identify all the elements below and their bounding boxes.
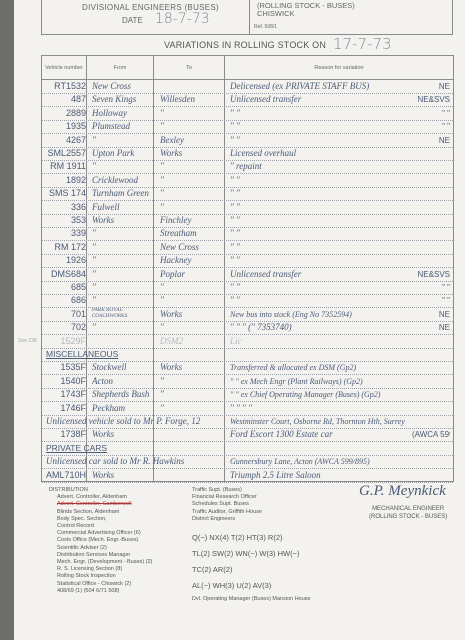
to-location: " [160,294,230,307]
table-row: SML2557Upton ParkWorksLicensed overhaul [42,147,453,161]
reason-for-variation: " " [230,214,410,227]
table-row: 686""" "" " [42,294,453,308]
from-location: PARK ROYAL COACHWORKS [92,308,152,321]
reason-for-variation: " " [230,227,410,240]
table-row: MISCELLANEOUS [42,348,453,362]
distribution-footer: Dvl. Operating Manager (Buses) Mansion H… [192,594,311,604]
region-code [412,254,450,267]
distribution-item: Mech. Engr. (Development - Buses) (2) [49,559,152,566]
distribution-item: Financial Research Officer [192,494,262,501]
to-location: " [160,375,230,388]
to-location: New Cross [160,241,230,254]
vehicle-number: 4267 [44,134,86,147]
table-row: 1529FDSM2LicSee 239 [42,335,453,349]
vehicle-number: 1738F [44,428,86,441]
region-code [412,241,450,254]
garage-code-line: Q(−) NX(4) T(2) HT(3) R(2) [192,530,311,546]
to-location: " [160,201,230,214]
vehicle-number: 353 [44,214,86,227]
vehicle-number: SMS 174 [44,187,86,200]
region-code [412,214,450,227]
region-code: " " [412,120,450,133]
vehicle-number: RM 1911 [44,160,86,173]
table-row: PRIVATE CARS [42,442,453,456]
region-code [412,335,450,348]
reason-for-variation: " " [230,201,410,214]
header-left: DIVISIONAL ENGINEERS (BUSES) DATE 18-7-7… [42,0,250,34]
reason-for-variation: " " [230,254,410,267]
region-code: NE [412,308,450,321]
to-location: " [160,321,230,334]
region-code: " " [412,281,450,294]
to-location: DSM2 [160,335,230,348]
header-right-line2: CHISWICK [257,10,355,18]
region-code [412,415,450,428]
to-location: " [160,160,230,173]
vehicle-number: 1743F [44,388,86,401]
table-row: RT1532New CrossDelicensed (ex PRIVATE ST… [42,80,453,94]
to-location: " [160,388,230,401]
region-code [412,388,450,401]
region-code [412,174,450,187]
region-code: " " [412,294,450,307]
region-code: (AWCA 599/888) [412,428,450,441]
reason-for-variation: " repaint [230,160,410,173]
reference-number: Ref. 508/1 [254,24,277,30]
date-label: DATE [122,16,143,25]
reason-for-variation: Delicensed (ex PRIVATE STAFF BUS) [230,80,410,93]
reason-for-variation: Ford Escort 1300 Estate car [230,428,410,441]
reason-for-variation: Unlicensed transfer [230,93,410,106]
distribution-item: Blinds Section, Aldenham [49,509,152,516]
distribution-item: Distribution Services Manager [49,552,152,559]
col-header-vehicle: Vehicle number [42,56,86,80]
region-code [412,160,450,173]
distribution-item: Commercial Advertising Officer (6) [49,530,152,537]
vehicle-number: 1529F [44,335,86,348]
vehicle-number: 1540F [44,375,86,388]
table-row: 1926"Hackney" " [42,254,453,268]
signature: G.P. Meynkick [359,483,446,500]
reason-for-variation: " " [230,120,410,133]
vehicle-number: 339 [44,227,86,240]
region-code: NE [412,134,450,147]
distribution-item: Advert. Controller, Aldenham [49,494,152,501]
table-row: 701PARK ROYAL COACHWORKSWorksNew bus int… [42,308,453,322]
vehicle-number: AML710H [44,469,86,482]
to-location [160,442,230,455]
reason-for-variation: " " [230,107,410,120]
region-code: NE [412,80,450,93]
table-row: 1892Cricklewood"" " [42,174,453,188]
vehicle-number: 336 [44,201,86,214]
region-code [412,187,450,200]
region-code [412,348,450,361]
variations-table: Vehicle number From To Reason for variat… [41,55,454,482]
reason-for-variation: " " [230,294,410,307]
region-code [412,201,450,214]
to-location: Works [160,308,230,321]
table-row: 702""" " " (" 7353740)NE [42,321,453,335]
table-row: RM 1911""" repaint [42,160,453,174]
to-location [160,455,230,468]
region-code: NE [412,321,450,334]
reason-for-variation: " " [230,134,410,147]
signatory-title-line2: (ROLLING STOCK - BUSES) [369,513,447,521]
vehicle-number: 2889 [44,107,86,120]
table-row: 487Seven KingsWillesdenUnlicensed transf… [42,93,453,107]
region-code [412,375,450,388]
region-code [412,442,450,455]
margin-note: See 239 [18,338,37,344]
table-row: 685""" "" " [42,281,453,295]
to-location: Works [160,361,230,374]
to-location: Willesden [160,93,230,106]
vehicle-number: 1935 [44,120,86,133]
table-row: 1746FPeckham"" " " " [42,402,453,416]
table-row: 353WorksFinchley" " [42,214,453,228]
vehicle-number: 686 [44,294,86,307]
to-location: " [160,281,230,294]
reason-for-variation: Licensed overhaul [230,147,410,160]
garage-codes: Q(−) NX(4) T(2) HT(3) R(2) TL(2) SW(2) W… [192,530,311,604]
reason-for-variation [230,348,410,361]
reason-for-variation: " " " (" 7353740) [230,321,410,334]
vehicle-number: 1926 [44,254,86,267]
to-location [160,80,230,93]
table-row: AML710HWorksTriumph 2.5 Litre Saloon [42,469,453,483]
garage-code-line: AL(−) WH(3) U(2) AV(3) [192,578,311,594]
distribution-item: Costs Office (Mech. Engr.-Buses) [49,537,152,544]
distribution-item: Traffic Auditor, Griffith House [192,509,262,516]
to-location: " [160,402,230,415]
reason-for-variation [230,442,410,455]
table-row: 1935Plumstead"" "" " [42,120,453,134]
variation-date: 17-7-73 [333,35,392,53]
vehicle-number: 701 [44,308,86,321]
table-row: 1738FWorksFord Escort 1300 Estate car(AW… [42,428,453,442]
vehicle-number: 1535F [44,361,86,374]
reason-for-variation: Unlicensed transfer [230,268,410,281]
date-value: 18-7-73 [155,11,210,27]
reason-for-variation: Lic [230,335,410,348]
garage-code-line: TC(2) AR(2) [192,562,311,578]
distribution-item: R. S. Licensing Section (8) [49,566,152,573]
page-title: VARIATIONS IN ROLLING STOCK ON [164,40,326,50]
table-row: DMS684"PoplarUnlicensed transferNE&SVS [42,268,453,282]
vehicle-number: 685 [44,281,86,294]
vehicle-number: DMS684 [44,268,86,281]
reason-for-variation: " " [230,241,410,254]
signatory-title-line1: MECHANICAL ENGINEER [369,505,447,513]
signatory-title: MECHANICAL ENGINEER (ROLLING STOCK - BUS… [369,505,447,521]
garage-code-line: TL(2) SW(2) WN(−) W(3) HW(−) [192,546,311,562]
table-row: 1743FShepherds Bush"" " ex Chief Operati… [42,388,453,402]
table-row: RM 172"New Cross" " [42,241,453,255]
region-code [412,469,450,482]
vehicle-number: 487 [44,93,86,106]
to-location: Hackney [160,254,230,267]
table-row: 2889Holloway"" "" " [42,107,453,121]
col-header-to: To [154,56,224,80]
distribution-item: Scientific Adviser (2) [49,545,152,552]
to-location: " [160,174,230,187]
col-header-from: From [87,56,153,80]
col-header-reason: Reason for variation [225,56,453,80]
to-location: " [160,107,230,120]
distribution-item: Body Spec. Section, [49,516,152,523]
region-code [412,147,450,160]
vehicle-number: 1746F [44,402,86,415]
region-code: NE&SVS [412,268,450,281]
table-row: 336Fulwell"" " [42,201,453,215]
to-location: Streatham [160,227,230,240]
distribution-item: Control Record [49,523,152,530]
reason-for-variation: " " " " [230,402,410,415]
table-row: SMS 174Turnham Green"" " [42,187,453,201]
table-row: Unlicensed car sold to Mr R. HawkinsGunn… [42,455,453,469]
region-code: NE&SVS [412,93,450,106]
reason-for-variation: " " [230,187,410,200]
distribution-list: DISTRIBUTION Advert. Controller, Aldenha… [49,487,152,595]
distribution-heading: DISTRIBUTION [49,487,152,494]
distribution-item: District Engineers [192,516,262,523]
distribution-items: Advert. Controller, AldenhamAdvert. Cont… [49,494,152,595]
vehicle-number: 702 [44,321,86,334]
to-location: " [160,187,230,200]
reason-for-variation: " " [230,281,410,294]
table-row: 339"Streatham" " [42,227,453,241]
to-location: " [160,120,230,133]
to-location [160,469,230,482]
region-code [412,361,450,374]
vehicle-number: SML2557 [44,147,86,160]
table-row: 1535FStockwellWorksTransferred & allocat… [42,361,453,375]
table-row: 4267"Bexley" "NE [42,134,453,148]
to-location [160,428,230,441]
distribution-item: Schedules Supt. Buses [192,501,262,508]
header-right: (ROLLING STOCK - BUSES) CHISWICK [257,2,355,18]
distribution-item: Statistical Office - Chiswick (2) [49,581,152,588]
to-location [160,415,230,428]
distribution-item: 408/69 (1) (504 6/71 508) [49,588,152,595]
to-location: Works [160,147,230,160]
distribution-item: Traffic Supt. (Buses) [192,487,262,494]
reason-for-variation: " " [230,174,410,187]
table-row: Unlicensed vehicle sold to Mr P. Forge, … [42,415,453,429]
distribution-item: Rolling Stock Inspection [49,573,152,580]
vehicle-number: RT1532 [44,80,86,93]
document-page: DIVISIONAL ENGINEERS (BUSES) DATE 18-7-7… [14,0,465,640]
reason-for-variation: Triumph 2.5 Litre Saloon [230,469,410,482]
table-row: 1540FActon"" " ex Mech Engr (Plant Railw… [42,375,453,389]
to-location: Finchley [160,214,230,227]
region-code: " " [412,107,450,120]
distribution-item: Advert. Controller, Camberwell [49,501,152,508]
to-location: Bexley [160,134,230,147]
region-code [412,402,450,415]
region-code [412,455,450,468]
distribution-list-right: Traffic Supt. (Buses) Financial Research… [192,487,262,523]
vehicle-number: 1892 [44,174,86,187]
region-code [412,227,450,240]
to-location: Poplar [160,268,230,281]
to-location [160,348,230,361]
header-box: DIVISIONAL ENGINEERS (BUSES) DATE 18-7-7… [41,0,453,35]
vehicle-number: RM 172 [44,241,86,254]
